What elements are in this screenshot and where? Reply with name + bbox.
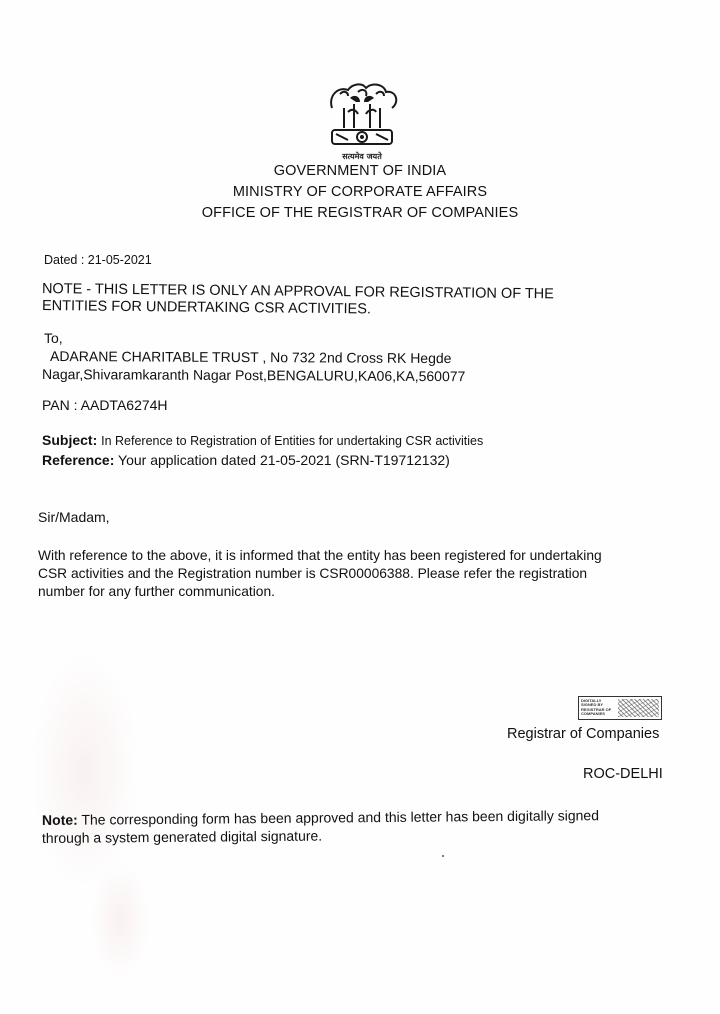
letter-page: सत्यमेव जयते GOVERNMENT OF INDIA MINISTR… — [0, 0, 720, 1014]
to-label: To, — [44, 330, 63, 347]
bottom-note-line-1: Note: The corresponding form has been ap… — [42, 807, 599, 829]
salutation: Sir/Madam, — [38, 509, 110, 526]
subject-line: Subject: In Reference to Registration of… — [42, 432, 483, 450]
body-line-2: CSR activities and the Registration numb… — [38, 565, 587, 582]
body-line-1: With reference to the above, it is infor… — [38, 547, 602, 564]
scan-speck — [442, 855, 444, 857]
signatory-office: ROC-DELHI — [583, 766, 663, 783]
emblem-motto: सत्यमेव जयते — [300, 151, 424, 162]
signature-pattern-icon — [618, 699, 659, 717]
national-emblem-icon — [318, 78, 406, 150]
bottom-note-label: Note: — [42, 812, 78, 828]
reference-text: Your application dated 21-05-2021 (SRN-T… — [118, 452, 450, 468]
digital-signature-stamp: DIGITALLY SIGNED BY REGISTRAR OF COMPANI… — [578, 696, 662, 720]
header-ministry: MINISTRY OF CORPORATE AFFAIRS — [150, 184, 570, 200]
address-line-1: ADARANE CHARITABLE TRUST , No 732 2nd Cr… — [50, 348, 452, 367]
paper-stain — [30, 650, 140, 890]
top-note-line-2: ENTITIES FOR UNDERTAKING CSR ACTIVITIES. — [42, 298, 371, 318]
address-line-2: Nagar,Shivaramkaranth Nagar Post,BENGALU… — [42, 366, 465, 385]
subject-label: Subject: — [42, 432, 97, 448]
paper-stain — [90, 860, 150, 980]
subject-text: In Reference to Registration of Entities… — [101, 434, 483, 448]
letter-date: Dated : 21-05-2021 — [44, 252, 152, 269]
reference-label: Reference: — [42, 452, 114, 468]
signatory-title: Registrar of Companies — [507, 726, 659, 743]
body-line-3: number for any further communication. — [38, 583, 275, 600]
signature-stamp-text: DIGITALLY SIGNED BY REGISTRAR OF COMPANI… — [581, 699, 615, 717]
header-government: GOVERNMENT OF INDIA — [150, 163, 570, 179]
reference-line: Reference: Your application dated 21-05-… — [42, 452, 450, 469]
header-office: OFFICE OF THE REGISTRAR OF COMPANIES — [150, 205, 570, 221]
bottom-note-line-2: through a system generated digital signa… — [42, 828, 322, 847]
pan-number: PAN : AADTA6274H — [42, 397, 168, 414]
bottom-note-text-1: The corresponding form has been approved… — [81, 807, 599, 828]
